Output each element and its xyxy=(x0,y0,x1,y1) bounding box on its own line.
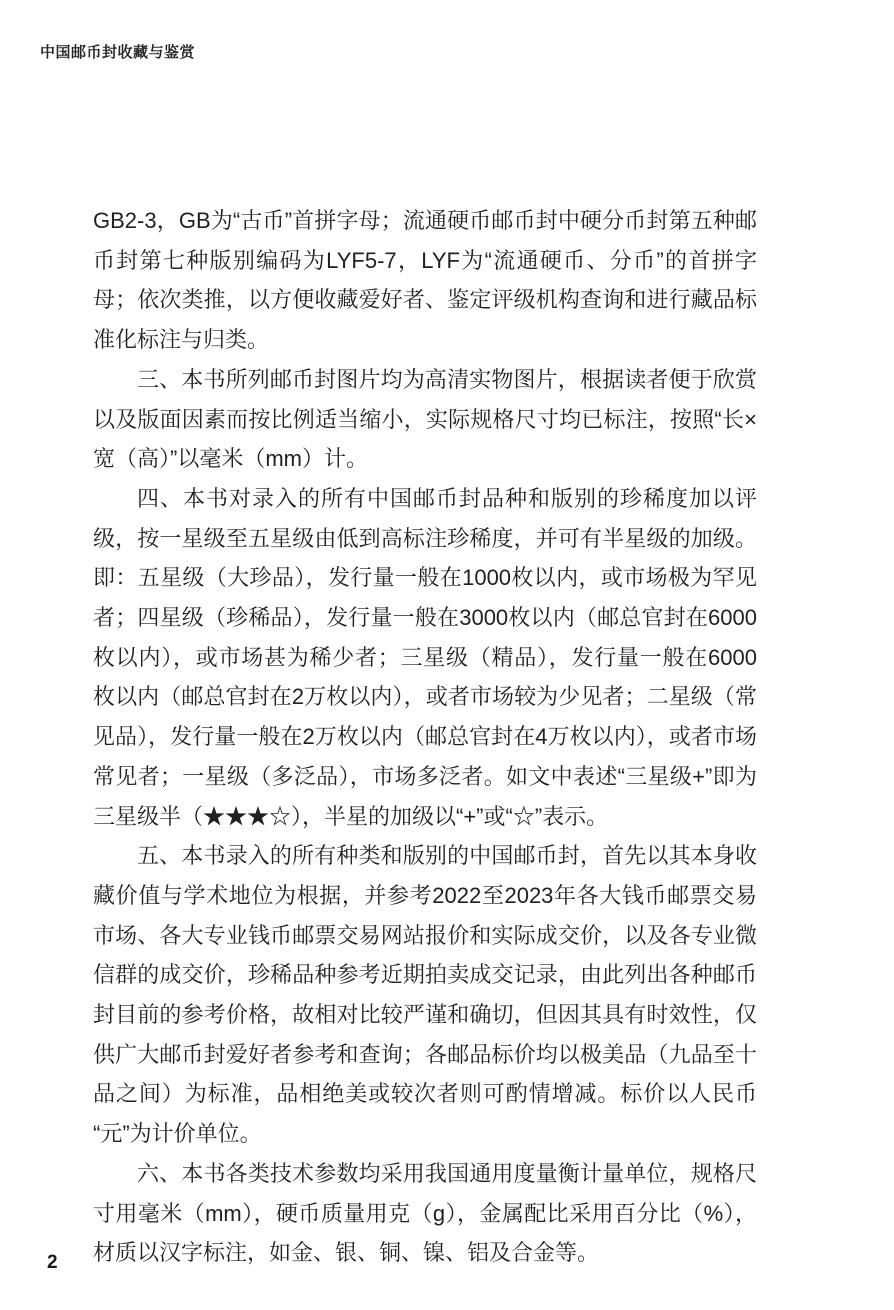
paragraph-item-four: 四、本书对录入的所有中国邮币封品种和版别的珍稀度加以评级，按一星级至五星级由低到… xyxy=(93,479,757,836)
page-number: 2 xyxy=(47,1252,58,1274)
paragraph-continuation: GB2-3，GB为“古币”首拼字母；流通硬币邮币封中硬分币封第五种邮币封第七种版… xyxy=(93,201,757,360)
paragraph-item-five: 五、本书录入的所有种类和版别的中国邮币封，首先以其本身收藏价值与学术地位为根据，… xyxy=(93,836,757,1154)
body-text: GB2-3，GB为“古币”首拼字母；流通硬币邮币封中硬分币封第五种邮币封第七种版… xyxy=(93,201,757,1273)
running-header: 中国邮币封收藏与鉴赏 xyxy=(40,41,195,62)
book-page: 中国邮币封收藏与鉴赏 GB2-3，GB为“古币”首拼字母；流通硬币邮币封中硬分币… xyxy=(0,0,894,1310)
paragraph-item-three: 三、本书所列邮币封图片均为高清实物图片，根据读者便于欣赏以及版面因素而按比例适当… xyxy=(93,360,757,479)
paragraph-item-six: 六、本书各类技术参数均采用我国通用度量衡计量单位，规格尺寸用毫米（mm），硬币质… xyxy=(93,1154,757,1273)
